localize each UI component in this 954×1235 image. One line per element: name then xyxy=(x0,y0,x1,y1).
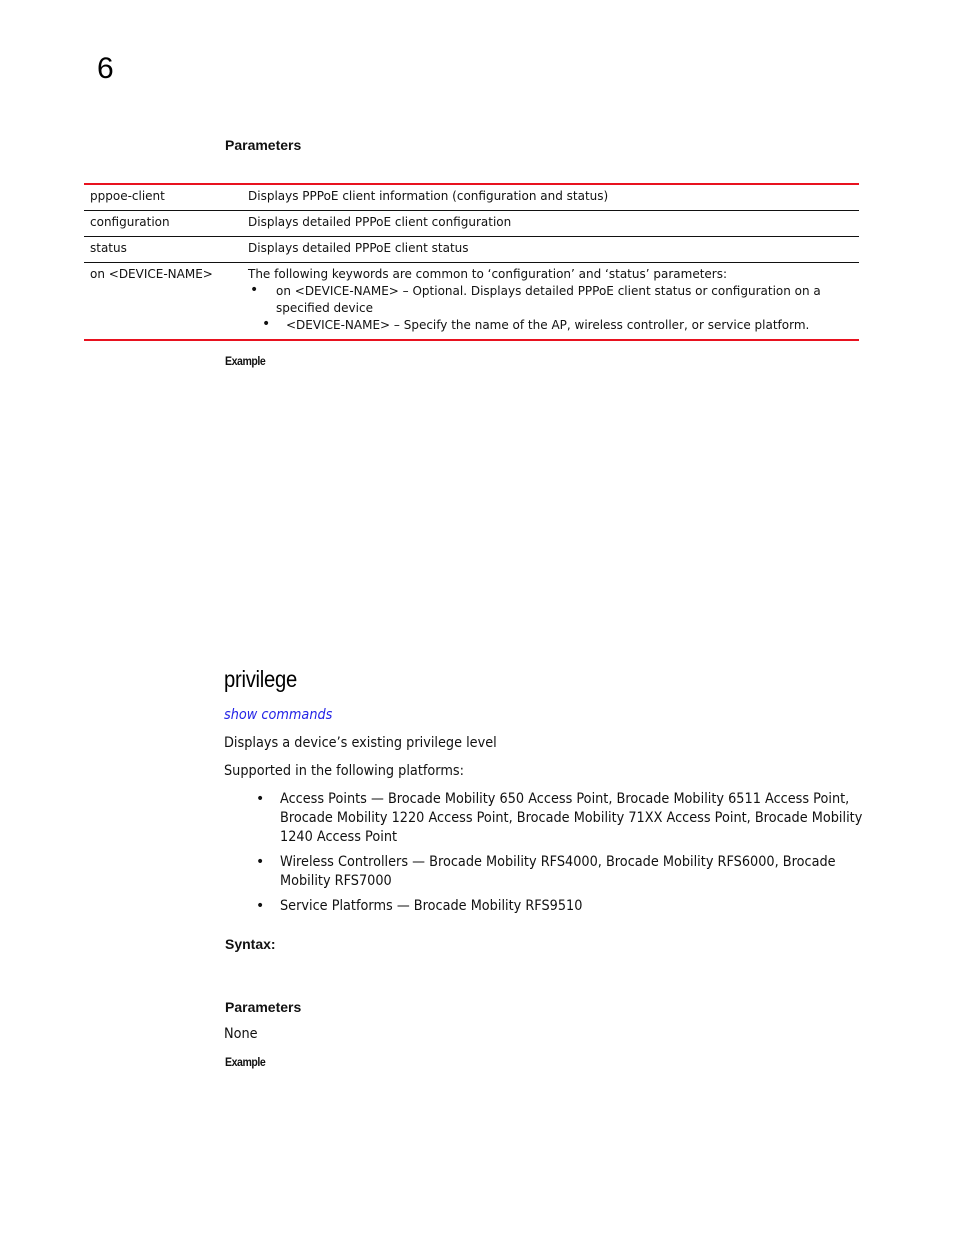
platform-item: Access Points — Brocade Mobility 650 Acc… xyxy=(256,790,876,847)
param-name: status xyxy=(84,237,242,263)
table-row: on <DEVICE-NAME> The following keywords … xyxy=(84,263,859,341)
param-bullets: on <DEVICE-NAME> – Optional. Displays de… xyxy=(248,283,853,334)
table-row: pppoe-client Displays PPPoE client infor… xyxy=(84,184,859,211)
param-name: on <DEVICE-NAME> xyxy=(84,263,242,341)
param-description: The following keywords are common to ‘co… xyxy=(248,266,853,283)
platform-item: Service Platforms — Brocade Mobility RFS… xyxy=(256,897,876,916)
show-commands-link[interactable]: show commands xyxy=(224,707,332,723)
command-description: Displays a device’s existing privilege l… xyxy=(224,735,497,751)
platform-text: Access Points — Brocade Mobility 650 Acc… xyxy=(280,790,887,847)
param-description-cell: The following keywords are common to ‘co… xyxy=(242,263,859,341)
param-description: Displays detailed PPPoE client status xyxy=(242,237,859,263)
platform-text: Wireless Controllers — Brocade Mobility … xyxy=(280,853,887,891)
parameters-none: None xyxy=(224,1026,258,1042)
param-description: Displays PPPoE client information (confi… xyxy=(242,184,859,211)
parameters-table: pppoe-client Displays PPPoE client infor… xyxy=(84,183,859,341)
bullet-item: <DEVICE-NAME> – Specify the name of the … xyxy=(248,317,853,334)
param-name: pppoe-client xyxy=(84,184,242,211)
parameters-heading: Parameters xyxy=(225,137,301,153)
command-title: privilege xyxy=(224,666,297,693)
bullet-item: on <DEVICE-NAME> – Optional. Displays de… xyxy=(248,283,853,317)
chapter-number: 6 xyxy=(97,52,114,86)
supported-intro: Supported in the following platforms: xyxy=(224,763,464,779)
example-heading-2: Example xyxy=(225,1055,265,1069)
example-heading: Example xyxy=(225,354,265,368)
param-description: Displays detailed PPPoE client configura… xyxy=(242,211,859,237)
param-name: configuration xyxy=(84,211,242,237)
parameters-heading-2: Parameters xyxy=(225,999,301,1015)
platform-item: Wireless Controllers — Brocade Mobility … xyxy=(256,853,876,891)
table-row: status Displays detailed PPPoE client st… xyxy=(84,237,859,263)
platform-list: Access Points — Brocade Mobility 650 Acc… xyxy=(256,790,876,922)
syntax-heading: Syntax: xyxy=(225,936,276,952)
platform-text: Service Platforms — Brocade Mobility RFS… xyxy=(280,897,887,916)
table-row: configuration Displays detailed PPPoE cl… xyxy=(84,211,859,237)
